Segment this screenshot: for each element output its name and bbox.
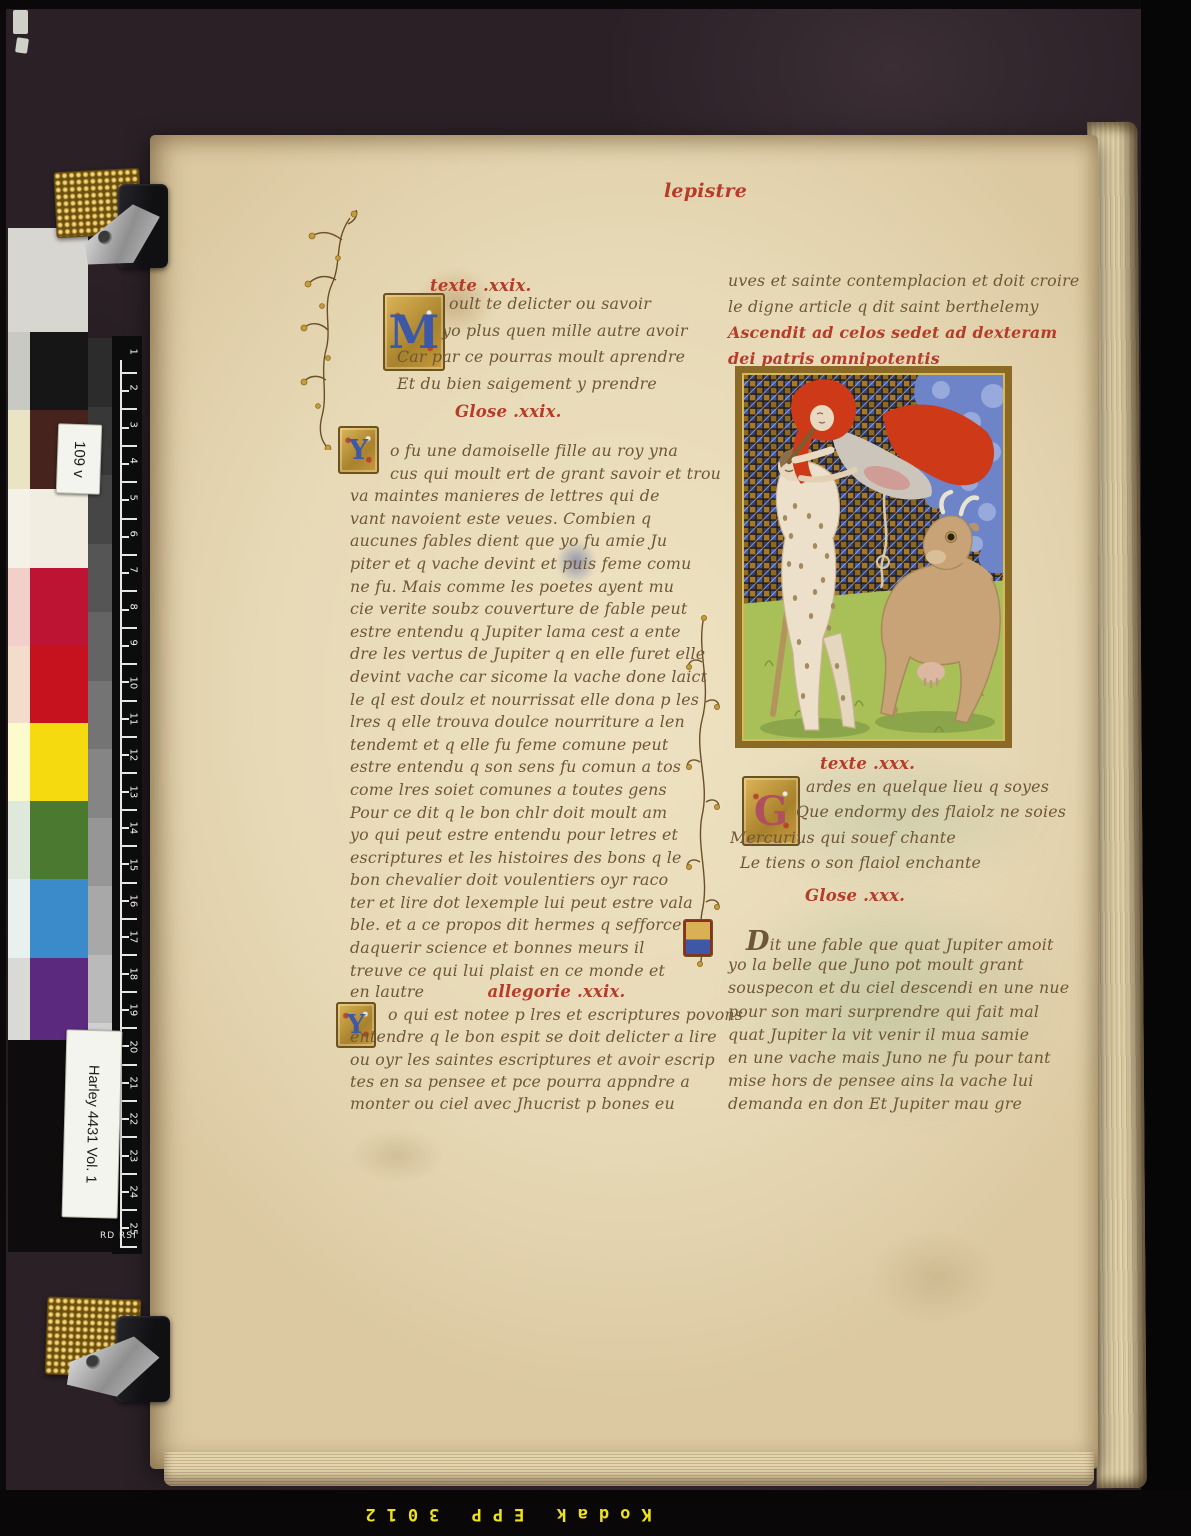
allegorie-29-heading: allegorie .xxix. xyxy=(487,982,625,1001)
ruler-cm-tick xyxy=(120,481,137,483)
gray-step xyxy=(88,818,112,887)
manuscript-photo: 1234567891011121314151617181920212223242… xyxy=(0,0,1191,1536)
folio-number-sticker: 109 v xyxy=(56,423,102,494)
glose-30-text: Dit une fable que quat Jupiter amoityo l… xyxy=(728,930,1069,1116)
glose-line: en une vache mais Juno ne fu pour tant xyxy=(728,1046,1069,1069)
glose-line: o fu une damoiselle fille au roy yna xyxy=(390,440,721,463)
ruler-number: 16 xyxy=(128,895,139,909)
glose-29-text: o fu une damoiselle fille au roy ynacus … xyxy=(350,440,721,982)
glose-line: piter et q vache devint et puis feme com… xyxy=(350,553,721,576)
color-patch xyxy=(30,723,88,801)
texte-30-verse: ardes en quelque lieu q soyesQue endormy… xyxy=(730,774,1066,876)
ruler-number: 1 xyxy=(128,349,139,363)
ruler-cm-tick xyxy=(120,518,137,520)
glose-line: yo qui peut estre entendu pour letres et xyxy=(350,824,721,847)
color-patch xyxy=(8,958,30,1044)
color-patch xyxy=(8,801,30,879)
glose-line: cus qui moult ert de grant savoir et tro… xyxy=(390,463,721,486)
glose-29-last-words: en lautre xyxy=(350,982,424,1001)
ruler-number: 7 xyxy=(128,567,139,581)
glose-line: dre les vertus de Jupiter q en elle fure… xyxy=(350,643,721,666)
glose-line: ter et lire dot lexemple lui peut estre … xyxy=(350,892,721,915)
color-patch xyxy=(30,879,88,958)
page-bottom-edges xyxy=(164,1452,1094,1486)
ruler-number: 19 xyxy=(128,1004,139,1018)
ruler-number: 10 xyxy=(128,676,139,690)
color-patch-row xyxy=(8,646,88,723)
ruler-cm-tick xyxy=(120,700,137,702)
texte-29-verse: oult te delicter ou savoiryo plus quen m… xyxy=(397,291,688,397)
glose-line: estre entendu q Jupiter lama cest a ente xyxy=(350,621,721,644)
glose-line: demanda en don Et Jupiter mau gre xyxy=(728,1092,1069,1115)
gray-step xyxy=(88,544,112,613)
film-edge-right xyxy=(1141,0,1191,1536)
ruler-cm-tick xyxy=(120,845,137,847)
glose-line: estre entendu q son sens fu comun a tos xyxy=(350,756,721,779)
texte-30-heading: texte .xxx. xyxy=(820,754,915,773)
carryover-line: uves et sainte contemplacion et doit cro… xyxy=(728,268,1079,294)
ruler-cm-tick xyxy=(120,736,137,738)
ruler-cm-tick xyxy=(120,882,137,884)
color-patch-row xyxy=(8,801,88,879)
glose-line: quat Jupiter la vit venir il mua samie xyxy=(728,1023,1069,1046)
ruler-number: 20 xyxy=(128,1040,139,1054)
glose-line: le ql est doulz et nourrissat elle dona … xyxy=(350,689,721,712)
ruler-cm-tick xyxy=(120,1173,137,1175)
allegorie-29-text: o qui est notee p lres et escriptures po… xyxy=(350,1004,743,1115)
ruler-number: 21 xyxy=(128,1077,139,1091)
allegorie-line: ou oyr les saintes escriptures et avoir … xyxy=(350,1049,743,1071)
glose-line: va maintes manieres de lettres qui de xyxy=(350,485,721,508)
verse-line: oult te delicter ou savoir xyxy=(449,291,688,318)
latin-quotation: Ascendit ad celos sedet ad dexteramdei p… xyxy=(728,320,1057,372)
verse-line: Que endormy des flaiolz ne soies xyxy=(796,799,1066,824)
color-patch xyxy=(8,879,30,958)
ruler-number: 11 xyxy=(128,713,139,727)
ruler-footer-label: RD RSI xyxy=(100,1231,137,1241)
color-patch-row xyxy=(8,568,88,646)
dust-speck xyxy=(13,10,28,34)
ruler-number: 22 xyxy=(128,1113,139,1127)
ruler-number: 8 xyxy=(128,603,139,617)
ruler-number: 18 xyxy=(128,967,139,981)
color-patch xyxy=(8,646,30,723)
ruler-cm-tick xyxy=(120,1064,137,1066)
gray-card xyxy=(8,228,88,332)
glose-line: vant navoient este veues. Combien q xyxy=(350,508,721,531)
glose-line: lres q elle trouva doulce nourriture a l… xyxy=(350,711,721,734)
miniature-mercury-argus-io xyxy=(735,366,1012,748)
glose-line: treuve ce qui lui plaist en ce monde et xyxy=(350,960,721,983)
color-patch xyxy=(8,332,30,410)
ruler-cm-tick xyxy=(120,1027,137,1029)
allegorie-line: monter ou ciel avec Jhucrist p bones eu xyxy=(350,1093,743,1115)
ruler-cm-tick xyxy=(120,590,137,592)
verse-line: Mercurius qui souef chante xyxy=(730,825,1066,850)
ruler-cm-tick xyxy=(120,445,137,447)
ruler-cm-tick xyxy=(120,772,137,774)
ruler-number: 5 xyxy=(128,494,139,508)
glose-line: escriptures et les histoires des bons q … xyxy=(350,847,721,870)
glose-line: mise hors de pensee ains la vache lui xyxy=(728,1069,1069,1092)
glose-line: Pour ce dit q le bon chlr doit moult am xyxy=(350,802,721,825)
glose-29-heading: Glose .xxix. xyxy=(455,402,562,421)
verse-line: Car par ce pourras moult aprendre xyxy=(397,344,688,371)
carryover-line: le digne article q dit saint berthelemy xyxy=(728,294,1079,320)
left-margin-vine-decoration xyxy=(298,210,360,450)
glose-line: daquerir science et bonnes meurs il xyxy=(350,937,721,960)
ruler-cm-tick xyxy=(120,809,137,811)
color-patch xyxy=(8,568,30,646)
ruler-cm-tick xyxy=(120,554,137,556)
color-patch xyxy=(30,801,88,879)
color-patch xyxy=(30,646,88,723)
ruler-number: 3 xyxy=(128,421,139,435)
verse-line: yo plus quen mille autre avoir xyxy=(442,318,688,345)
folio-number-label: 109 v xyxy=(70,440,88,477)
latin-line: Ascendit ad celos sedet ad dexteram xyxy=(728,320,1057,346)
glose-30-heading: Glose .xxx. xyxy=(805,886,905,905)
glose-line: bon chevalier doit voulentiers oyr raco xyxy=(350,869,721,892)
running-title: lepistre xyxy=(664,180,747,202)
ruler-number: 24 xyxy=(128,1186,139,1200)
color-patch xyxy=(8,489,30,568)
ruler-number: 23 xyxy=(128,1149,139,1163)
ruler-cm-tick xyxy=(120,408,137,410)
glose-line: come lres soiet comunes a toutes gens xyxy=(350,779,721,802)
color-patch xyxy=(30,332,88,410)
color-patch-row xyxy=(8,489,88,568)
ruler-number: 15 xyxy=(128,858,139,872)
allegorie-line: entendre q le bon espit se doit delicter… xyxy=(350,1026,743,1048)
ruler-number: 2 xyxy=(128,385,139,399)
dust-speck xyxy=(15,37,29,54)
ruler-cm-tick xyxy=(120,1100,137,1102)
shelfmark-label: Harley 4431 Vol. 1 xyxy=(82,1065,101,1184)
gray-step xyxy=(88,955,112,1024)
glose-line: tendemt et q elle fu feme comune peut xyxy=(350,734,721,757)
ruler-cm-tick xyxy=(120,918,137,920)
verse-line: ardes en quelque lieu q soyes xyxy=(806,774,1066,799)
ruler-cm-tick xyxy=(120,1209,137,1211)
color-patch xyxy=(8,410,30,489)
ruler-cm-tick xyxy=(120,991,137,993)
verse-line: Et du bien saigement y prendre xyxy=(397,371,688,398)
gray-step xyxy=(88,681,112,750)
allegorie-line: o qui est notee p lres et escriptures po… xyxy=(388,1004,743,1026)
color-patch-row xyxy=(8,879,88,958)
glose-line: aucunes fables dient que yo fu amie Ju xyxy=(350,530,721,553)
verse-line: Le tiens o son flaiol enchante xyxy=(740,850,1066,875)
color-patch xyxy=(8,723,30,801)
gray-step xyxy=(88,338,112,407)
glose-29-last-line: en lautre allegorie .xxix. xyxy=(350,982,625,1001)
allegorie-line: tes en sa pensee et pce pourra appndre a xyxy=(350,1071,743,1093)
color-patch-row xyxy=(8,332,88,410)
ruler-number: 12 xyxy=(128,749,139,763)
film-edge-top xyxy=(0,0,1191,9)
ruler-cm-tick xyxy=(120,627,137,629)
glose-line: Dit une fable que quat Jupiter amoit xyxy=(746,930,1069,953)
allegorie-28-carryover: uves et sainte contemplacion et doit cro… xyxy=(728,268,1079,320)
film-edge-marking: Kodak EPP 3012 xyxy=(268,1496,738,1524)
color-patch-row xyxy=(8,723,88,801)
color-calibration-strip xyxy=(8,228,88,1044)
ruler-number: 13 xyxy=(128,785,139,799)
gray-step xyxy=(88,612,112,681)
color-patch xyxy=(30,568,88,646)
glose-line: pour son mari surprendre qui fait mal xyxy=(728,1000,1069,1023)
gray-step xyxy=(88,886,112,955)
shelfmark-sticker: Harley 4431 Vol. 1 xyxy=(62,1029,123,1218)
glose-line: ble. et a ce propos dit hermes q sefforc… xyxy=(350,914,721,937)
ruler-number: 14 xyxy=(128,822,139,836)
ruler-cm-tick xyxy=(120,1136,137,1138)
color-patch xyxy=(30,489,88,568)
ruler-cm-tick xyxy=(120,663,137,665)
ruler-cm-tick xyxy=(120,1246,137,1248)
gray-step xyxy=(88,749,112,818)
glose-line: cie verite soubz couverture de fable peu… xyxy=(350,598,721,621)
glose-line: ne fu. Mais comme les poetes ayent mu xyxy=(350,576,721,599)
ruler-cm-tick xyxy=(120,954,137,956)
ruler-cm-tick xyxy=(120,372,137,374)
glose-line: yo la belle que Juno pot moult grant xyxy=(728,953,1069,976)
ruler-number: 4 xyxy=(128,458,139,472)
glose-line: devint vache car sicome la vache done la… xyxy=(350,666,721,689)
glose-line: souspecon et du ciel descendi en une nue xyxy=(728,976,1069,999)
ruler-number: 9 xyxy=(128,640,139,654)
ruler-number: 6 xyxy=(128,531,139,545)
marginal-initial-block xyxy=(684,920,712,956)
ruler-number: 17 xyxy=(128,931,139,945)
